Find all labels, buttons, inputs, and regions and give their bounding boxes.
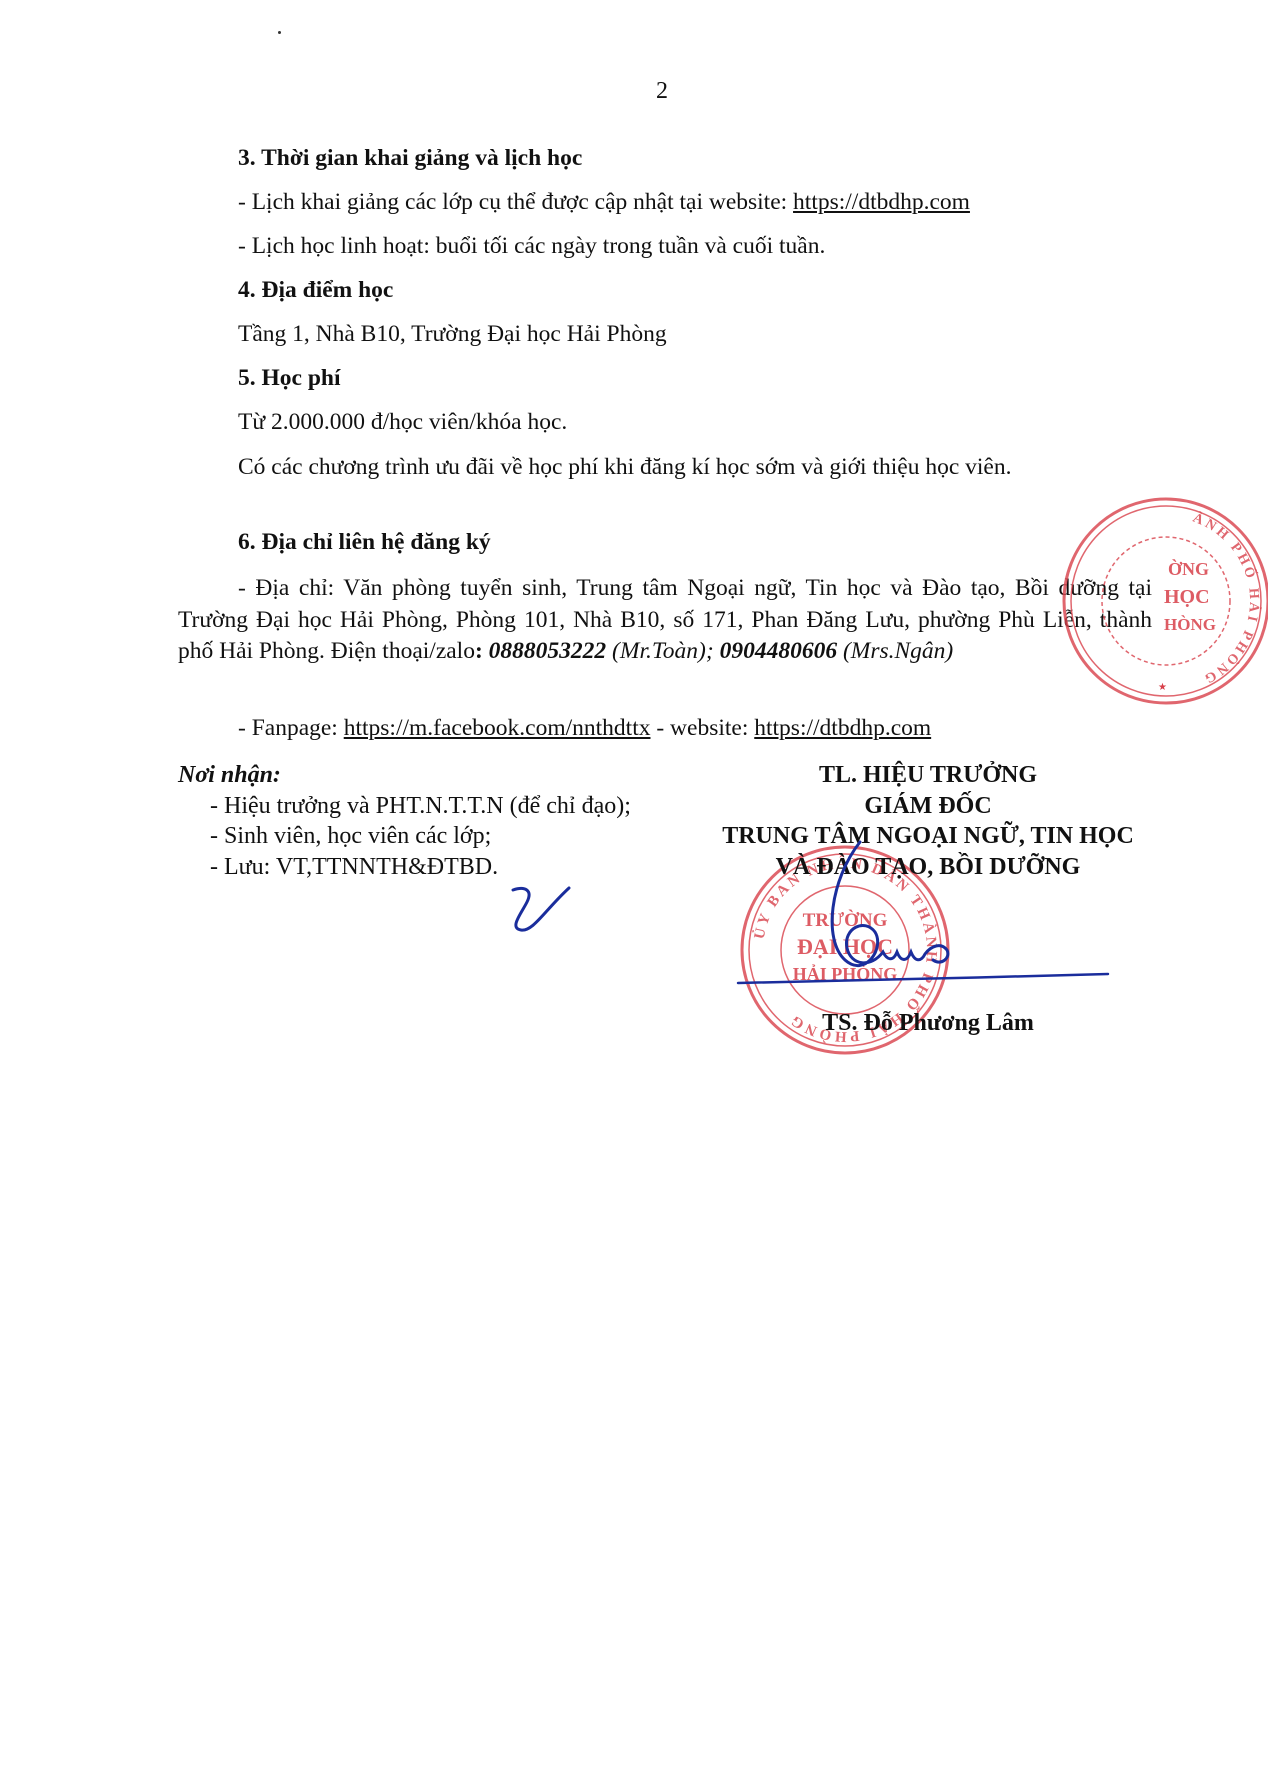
signature-title-1: TL. HIỆU TRƯỞNG (680, 760, 1176, 791)
recipient-item: - Hiệu trưởng và PHT.N.T.T.N (để chỉ đạo… (178, 791, 648, 822)
page-number: 2 (640, 78, 684, 105)
links-line: - Fanpage: https://m.facebook.com/nnthdt… (238, 713, 931, 743)
schedule-line: - Lịch khai giảng các lớp cụ thể được cậ… (238, 187, 970, 217)
fanpage-link[interactable]: https://m.facebook.com/nnthdttx (344, 715, 651, 741)
website-link[interactable]: https://dtbdhp.com (793, 189, 970, 215)
section-4-heading: 4. Địa điểm học (238, 275, 393, 305)
recipient-item: - Sinh viên, học viên các lớp; (178, 821, 648, 852)
handwritten-signature (735, 820, 1115, 1000)
location-line: Tầng 1, Nhà B10, Trường Đại học Hải Phòn… (238, 319, 667, 349)
address-paragraph: - Địa chỉ: Văn phòng tuyển sinh, Trung t… (178, 573, 1152, 668)
phone-1-contact: (Mr.Toàn); (612, 638, 714, 664)
phone-2: 0904480606 (720, 638, 838, 664)
flexible-schedule-line: - Lịch học linh hoạt: buổi tối các ngày … (238, 231, 825, 261)
phone-2-contact: (Mrs.Ngân) (843, 638, 953, 664)
edge-stamp-line-3: HÒNG (1164, 615, 1216, 634)
edge-stamp-line-2: HỌC (1164, 586, 1210, 608)
section-5-heading: 5. Học phí (238, 363, 341, 393)
fanpage-label: - Fanpage: (238, 715, 344, 741)
discount-text: Có các chương trình ưu đãi về học phí kh… (238, 454, 1011, 480)
edge-stamp: ÀNH PHỐ HẢI PHÒNG ỜNG HỌC HÒNG ★ (1060, 495, 1268, 707)
schedule-text: - Lịch khai giảng các lớp cụ thể được cậ… (238, 189, 793, 215)
edge-stamp-line-1: ỜNG (1168, 558, 1209, 579)
website-link-2[interactable]: https://dtbdhp.com (754, 715, 931, 741)
discount-paragraph: Có các chương trình ưu đãi về học phí kh… (178, 452, 1152, 484)
phone-1: 0888053222 (489, 638, 607, 664)
section-6-heading: 6. Địa chỉ liên hệ đăng ký (238, 527, 491, 557)
fee-line: Từ 2.000.000 đ/học viên/khóa học. (238, 407, 567, 437)
signature-title-2: GIÁM ĐỐC (680, 791, 1176, 822)
scan-speck (278, 31, 281, 34)
recipients-heading: Nơi nhận: (178, 760, 648, 791)
star-icon: ★ (1158, 682, 1167, 693)
recipients-block: Nơi nhận: - Hiệu trưởng và PHT.N.T.T.N (… (178, 760, 648, 882)
website-label: - website: (650, 715, 754, 741)
recipient-item: - Lưu: VT,TTNNTH&ĐTBD. (178, 852, 648, 883)
signer-name: TS. Đỗ Phương Lâm (740, 1010, 1116, 1037)
address-colon: : (475, 638, 483, 664)
initial-mark (505, 880, 575, 940)
section-3-heading: 3. Thời gian khai giảng và lịch học (238, 143, 582, 173)
